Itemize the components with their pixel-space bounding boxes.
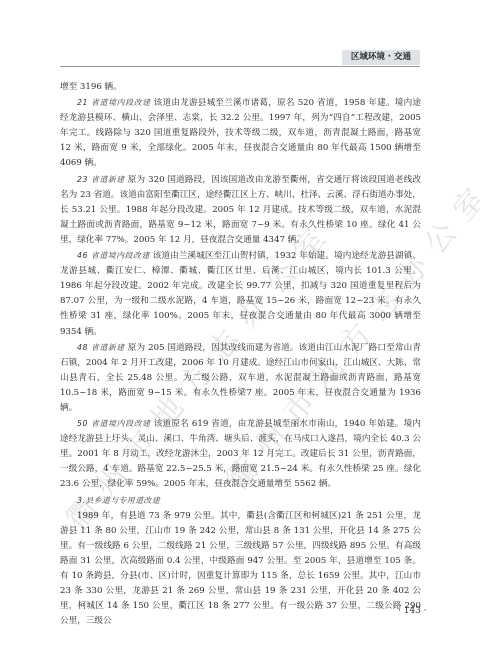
- paragraph-text: 该道由龙游县城至兰溪市诸葛，原名 520 省道，1958 年建。境内途经龙游县模…: [60, 98, 421, 168]
- section-tag: 区域环境 · 交通: [342, 50, 420, 65]
- paragraph-23-provincial-road: 23 省道新建 原为 320 国道路段，因该国道改由龙游至衢州，省交通厅将该段国…: [60, 172, 421, 248]
- paragraph-lead: 23 省道新建: [77, 175, 125, 184]
- paragraph-46-provincial-road: 46 省道境内段改建 该道由兰溪城区至江山贺村镇，1932 年始建。境内途经龙游…: [60, 248, 421, 340]
- paragraph-lead: 21 省道境内段改建: [77, 98, 151, 107]
- page-number: · 143 ·: [398, 606, 427, 616]
- paragraph-text: 该道由兰溪城区至江山贺村镇，1932 年始建。境内途经龙游县湖镇、龙游县城、衢江…: [60, 251, 421, 336]
- page-body: 增至 3196 辆。 21 省道境内段改建 该道由龙游县城至兰溪市诸葛，原名 5…: [60, 80, 421, 629]
- paragraph-lead: 46 省道境内段改建: [77, 251, 150, 260]
- paragraph-county-roads: 1989 年，有县道 73 条 979 公里。其中，衢县(含衢江区和柯城区)21…: [60, 509, 421, 630]
- paragraph-text: 该道原名 619 省道，由龙游县城至丽水市南山，1940 年始建。境内途经龙游县…: [60, 419, 421, 489]
- paragraph-lead: 48 省道新建: [77, 343, 125, 352]
- paragraph-lead: 50 省道境内段改建: [77, 419, 151, 428]
- subheading-county-roads: 3.县乡道与专用道改建: [60, 493, 421, 509]
- paragraph-48-provincial-road: 48 省道新建 原为 205 国道路段，因其改线而建为省道。该道由江山水泥厂路口…: [60, 340, 421, 416]
- continuation-text: 增至 3196 辆。: [60, 80, 421, 95]
- paragraph-text: 原为 320 国道路段，因该国道改由龙游至衢州，省交通厅将该段国道老线改名为 2…: [60, 175, 421, 245]
- paragraph-50-provincial-road: 50 省道境内段改建 该道原名 619 省道，由龙游县城至丽水市南山，1940 …: [60, 416, 421, 492]
- paragraph-21-provincial-road: 21 省道境内段改建 该道由龙游县城至兰溪市诸葛，原名 520 省道，1958 …: [60, 95, 421, 171]
- subheading-text: 3.县乡道与专用道改建: [77, 496, 160, 505]
- paragraph-text: 原为 205 国道路段，因其改线而建为省道。该道由江山水泥厂路口至常山青石镇，2…: [60, 343, 421, 413]
- running-header: 区域环境 · 交通: [60, 50, 420, 67]
